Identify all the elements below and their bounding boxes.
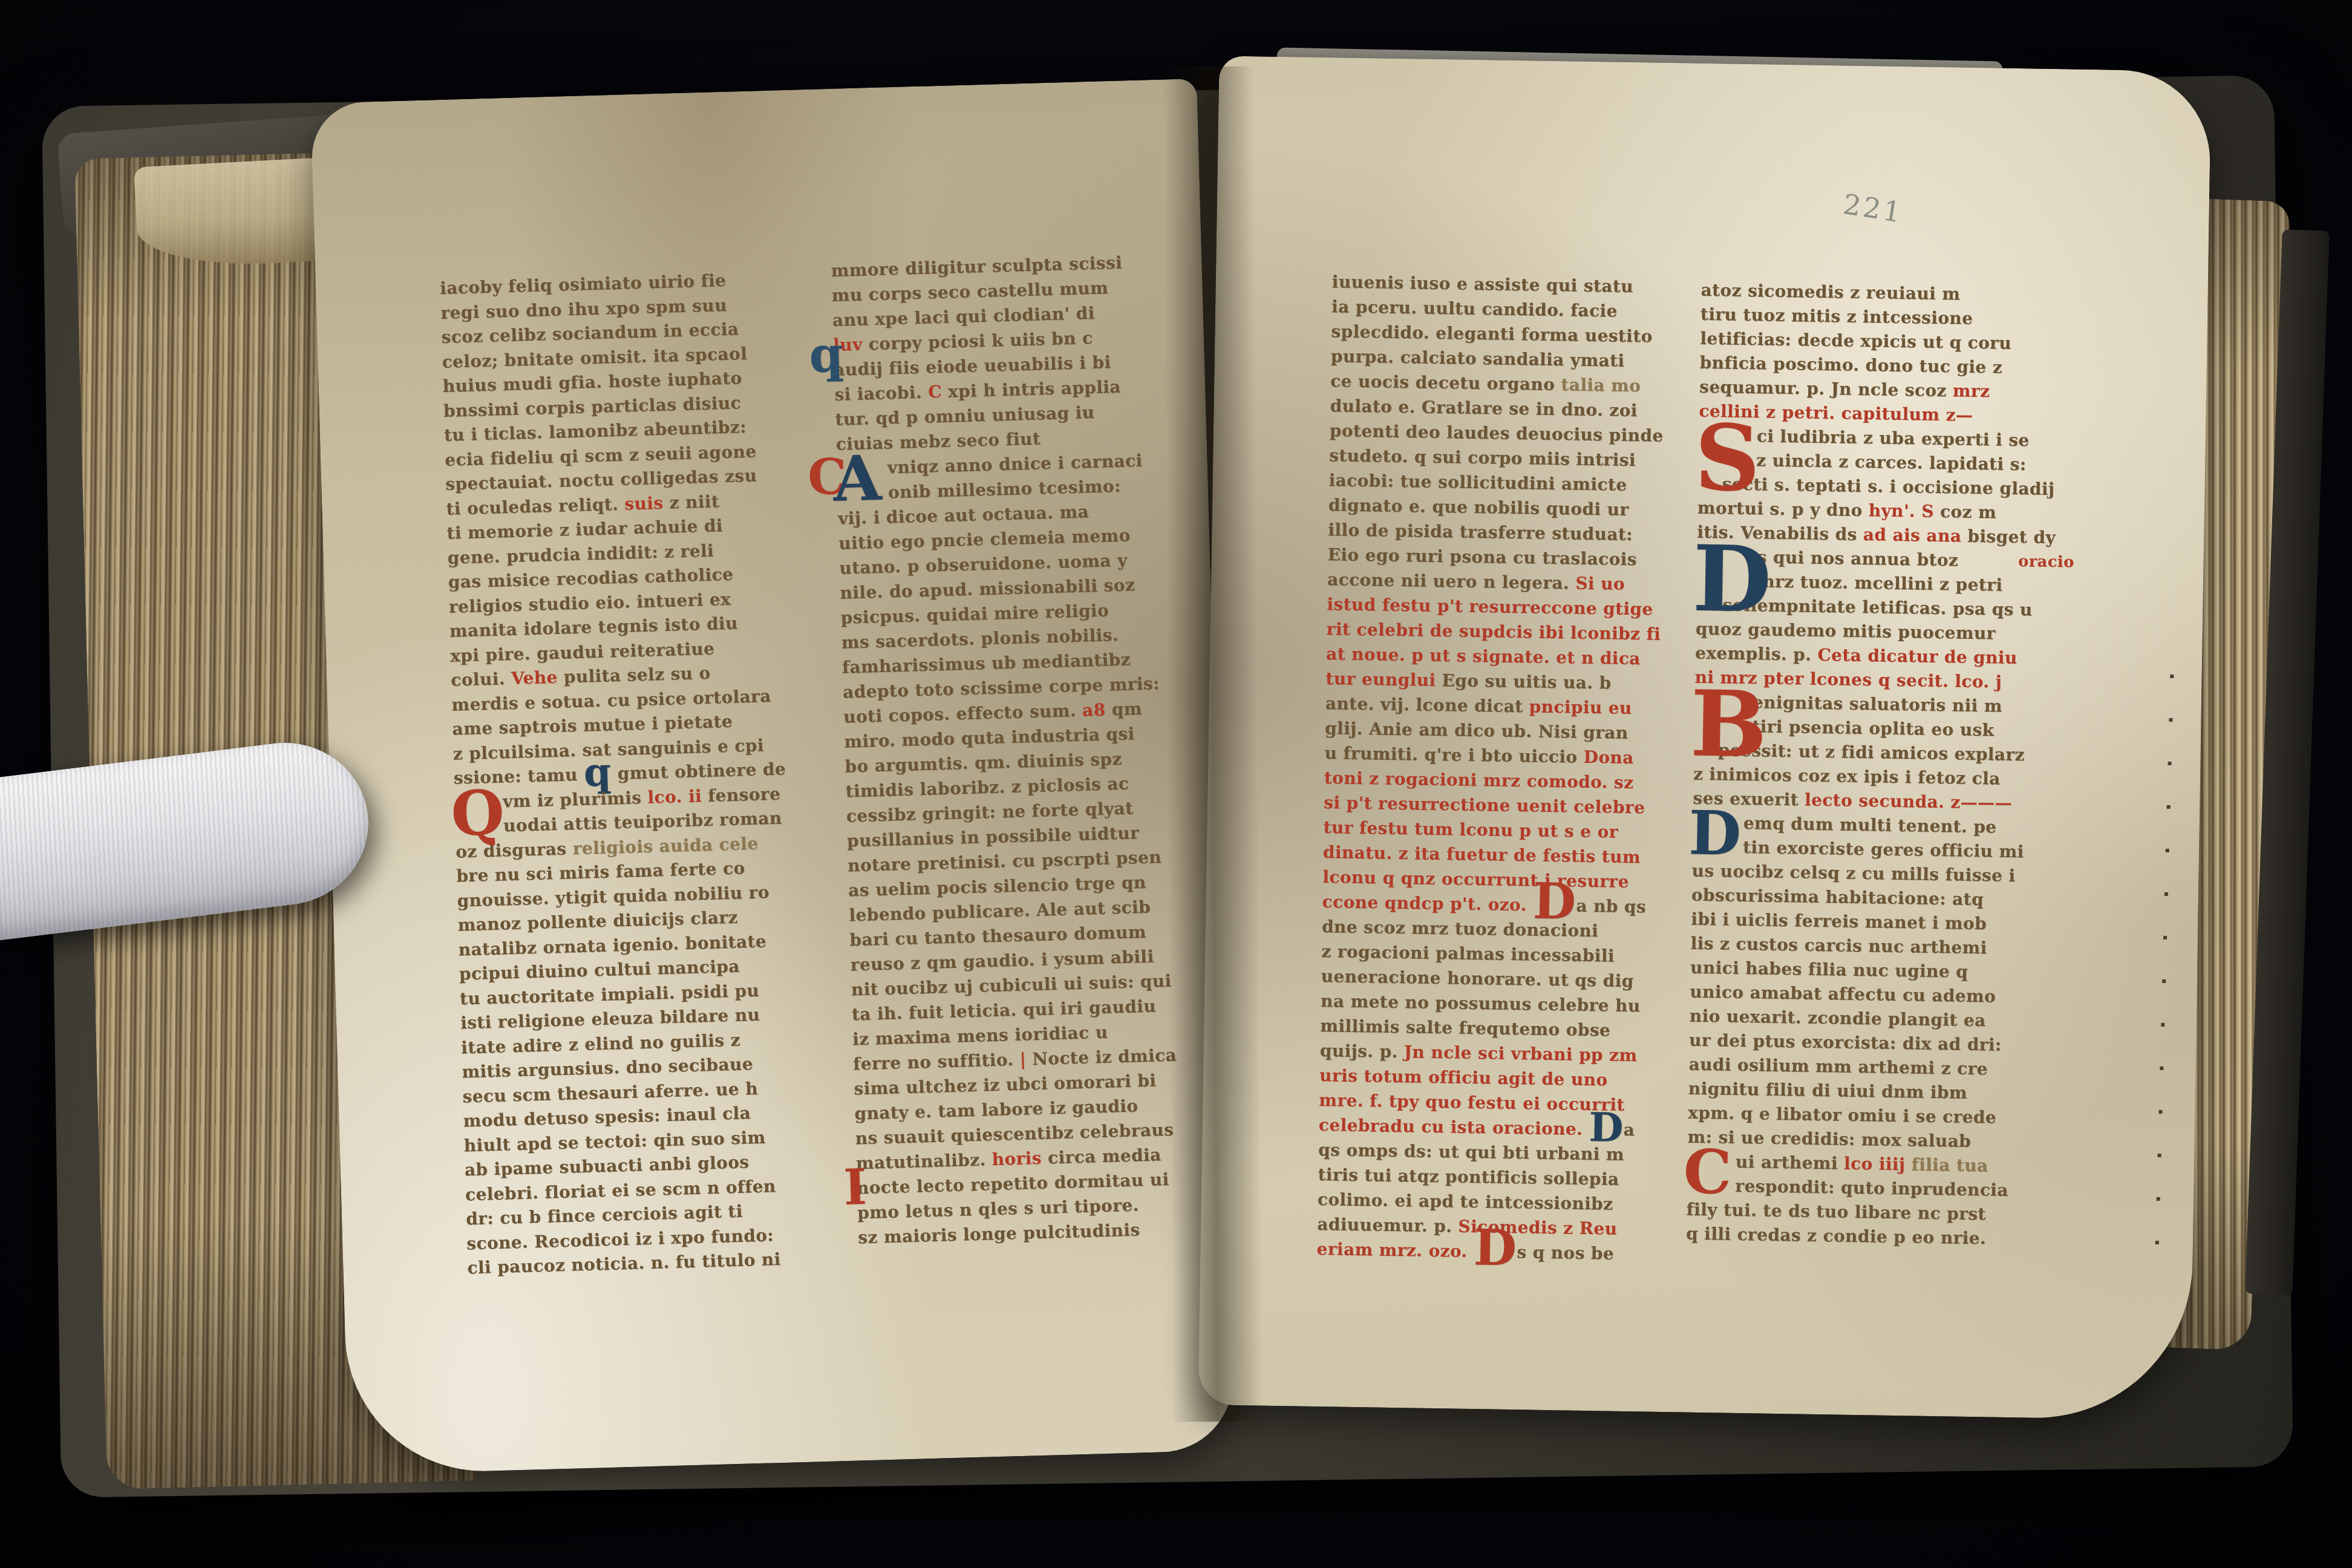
text-segment: filia tua — [1905, 1154, 1988, 1175]
text-segment: enignitas saluatoris nii m — [1753, 692, 2002, 716]
text-segment: dulato e. Gratlare se in dno. zoi — [1330, 396, 1638, 420]
text-segment: z niit — [663, 491, 720, 513]
text-segment: dignato e. que nobilis quodi ur — [1328, 495, 1629, 520]
text-segment: millimis salte frequtemo obse — [1320, 1016, 1610, 1040]
text-segment: Si uo — [1575, 573, 1625, 594]
text-segment: s qui nos annua btoz — [1757, 547, 1958, 570]
text-segment: qs omps ds: ut qui bti urbani m — [1318, 1140, 1624, 1165]
text-segment: tin exorciste geres officiu mi — [1743, 837, 2024, 861]
text-segment: Dona — [1583, 747, 1634, 768]
text-segment: Vehe — [511, 667, 558, 688]
text-segment: studeto. q sui corpo miis intrisi — [1329, 445, 1636, 470]
text-segment: onib millesimo tcesimo: — [887, 476, 1121, 503]
text-segment: suis — [624, 492, 664, 514]
text-segment: hyn'. S — [1869, 500, 1935, 521]
text-segment: obscurissima habitacione: atq — [1691, 885, 1984, 910]
manuscript-page-recto: iuuenis iuso e assiste qui statuia pceru… — [1198, 56, 2212, 1420]
text-segment: uoti copos. effecto sum. — [843, 701, 1083, 727]
text-segment: mrz tuoz. mcellini z petri — [1757, 571, 2003, 595]
text-segment: lis z custos carcis nuc arthemi — [1690, 933, 1987, 958]
text-segment: iuuenis iuso e assiste qui statu — [1332, 272, 1634, 296]
text-segment: horis — [991, 1148, 1042, 1169]
text-segment: atoz — [1700, 280, 1748, 301]
text-segment: ti oculedas reliqt. — [446, 494, 625, 518]
text-segment: quijs. p. — [1320, 1040, 1405, 1062]
manuscript-line: Doracios qui nos annua btoz — [1696, 544, 2066, 575]
text-segment: u frumiti. q're i bto uiccio — [1324, 743, 1584, 767]
text-segment: rit celebri de supdcis ibi lconibz fi — [1326, 619, 1661, 644]
text-segment: sicomedis z reuiaui m — [1748, 281, 1961, 304]
text-segment: religiois auida cele — [572, 833, 759, 858]
text-segment: exemplis. p. — [1695, 643, 1818, 665]
text-segment: adiuuemur. p. — [1317, 1214, 1459, 1236]
text-segment: tur festu tum lconu p ut s e or — [1323, 817, 1618, 842]
text-segment: Nocte iz dmica — [1026, 1045, 1177, 1070]
text-segment: ce uocis decetu organo — [1330, 371, 1561, 394]
text-segment: lconu q qnz occurrunt i resurre — [1322, 867, 1629, 892]
text-segment: ccone qndcp p't. ozo. — [1322, 892, 1533, 915]
text-segment: mrz — [1953, 381, 1990, 401]
text-segment: talia mo — [1561, 374, 1641, 396]
text-segment: ante. vij. lcone dicat — [1325, 693, 1529, 716]
text-segment: bnficia poscimo. dono tuc gie z — [1699, 353, 2002, 377]
text-segment: illo de pisida trasferre studuat: — [1328, 520, 1633, 544]
manuscript-line: eriam mrz. ozo. Ds q nos be — [1316, 1236, 1677, 1267]
text-segment: fensore — [701, 783, 780, 806]
drop-cap-initial: Q — [450, 787, 505, 838]
drop-cap-initial: D — [1692, 542, 1772, 618]
text-segment: eriam mrz. ozo. — [1316, 1239, 1474, 1261]
text-segment: splecdido. eleganti forma uestito — [1331, 321, 1653, 346]
text-segment: nignitu filiu di uiui dnm ibm — [1688, 1079, 1968, 1103]
book-gutter-shadow — [1163, 67, 1263, 1422]
text-segment: emq dum multi tenent. pe — [1743, 813, 1997, 837]
text-segment: corpy pciosi k uiis bn c — [862, 328, 1093, 354]
text-segment: celebradu cu ista oracione. — [1319, 1115, 1589, 1139]
text-segment: dne scoz mrz tuoz donacioni — [1322, 916, 1599, 941]
text-segment: matutinalibz. — [855, 1149, 992, 1173]
text-segment: glij. Anie am dico ub. Nisi gran — [1325, 718, 1628, 743]
text-segment: z rogacioni palmas incessabili — [1321, 941, 1615, 966]
text-column: iacoby feliq osimiato uirio fieregi suo … — [440, 266, 831, 1281]
text-segment: ferre no suffitio. — [853, 1050, 1020, 1074]
margin-note: oracio — [2018, 549, 2074, 574]
text-segment: C — [928, 382, 942, 402]
text-column: atoz sicomedis z reuiaui mtiru tuoz miti… — [1686, 278, 2070, 1252]
text-column: iuuenis iuso e assiste qui statuia pceru… — [1316, 269, 1692, 1267]
text-segment: xpm. q e libator omiu i se crede — [1688, 1103, 1996, 1128]
text-segment: a nb qs — [1576, 896, 1646, 917]
text-segment: accone nii uero n legera. — [1327, 569, 1576, 593]
drop-cap-initial: B — [1690, 687, 1768, 763]
text-segment: potenti deo laudes deuocius pinde — [1330, 420, 1664, 446]
text-segment: tiru tuoz mitis z intcessione — [1700, 304, 1973, 328]
drop-cap-initial: C — [1683, 1147, 1732, 1197]
text-segment: at noue. p ut s signate. et n dica — [1326, 644, 1641, 668]
text-segment: mre. f. tpy quo festu ei occurrit — [1319, 1090, 1625, 1115]
text-segment: lco iiij — [1844, 1154, 1906, 1175]
text-segment: secti s. teptati s. i occisione gladij — [1722, 474, 2054, 499]
text-segment: sequamur. p. Jn ncle scoz — [1699, 377, 1953, 401]
text-segment: ci ludibria z uba experti i se — [1757, 426, 2030, 450]
text-segment: ia pceru. uultu candido. facie — [1331, 296, 1618, 321]
text-segment: Ego su uitis ua. b — [1442, 670, 1612, 693]
text-segment: iacobi: tue sollicitudini amicte — [1328, 470, 1627, 495]
text-segment: unico amabat affectu cu ademo — [1690, 982, 1996, 1007]
text-segment: audi osilium mm arthemi z cre — [1688, 1054, 1988, 1079]
text-segment: pulita selz su o — [557, 663, 711, 687]
text-segment: si p't resurrectione uenit celebre — [1324, 792, 1645, 817]
text-segment: s q nos be — [1517, 1242, 1614, 1264]
text-segment: nio uexarit. zcondie plangit ea — [1690, 1006, 1986, 1031]
text-segment: Eio ego ruri psona cu traslacois — [1327, 544, 1637, 569]
text-segment: uris totum officiu agit de uno — [1319, 1065, 1608, 1089]
text-segment: gmut obtinere de — [611, 759, 786, 783]
text-segment: ibi i uiclis ferreis manet i mob — [1691, 909, 1987, 934]
marginal-initial: q — [809, 335, 844, 375]
text-segment: unici habes filia nuc ugine q — [1690, 958, 1968, 982]
text-segment: ui arthemi — [1736, 1152, 1844, 1174]
text-segment: letificias: decde xpicis ut q coru — [1700, 328, 2011, 353]
text-segment: colui. — [451, 668, 512, 690]
marginal-initial: I — [843, 1168, 867, 1207]
text-segment: tiris tui atqz pontificis sollepia — [1318, 1165, 1619, 1189]
manuscript-line: q illi credas z condie p eo nrie. — [1686, 1222, 2056, 1252]
text-segment: purpa. calciato sandalia ymati — [1331, 346, 1625, 371]
text-segment: na mete no possumus celebre hu — [1321, 991, 1641, 1016]
text-segment: qm — [1105, 699, 1142, 720]
text-segment: istud festu p't resurreccone gtige — [1327, 594, 1653, 619]
text-segment: a — [1624, 1120, 1635, 1140]
text-segment: lecto secunda. z——— — [1805, 790, 2012, 813]
text-segment: colimo. ei apd te intcessionibz — [1318, 1189, 1613, 1214]
text-segment: ur dei ptus exorcista: dix ad dri: — [1689, 1030, 2002, 1055]
text-segment: ad ais ana — [1863, 524, 1962, 546]
text-segment: tiri psencia oplita eo usk — [1752, 716, 1994, 740]
text-segment: tur eunglui — [1325, 668, 1442, 690]
text-segment: ueneracione honorare. ut qs dig — [1321, 966, 1633, 991]
manuscript-line: Benignitas saluatoris nii m — [1694, 690, 2064, 720]
text-segment: Ceta dicatur de gniu — [1817, 645, 2017, 668]
text-segment: xpi h intris applia — [941, 377, 1121, 402]
drop-cap-initial: S — [1694, 421, 1761, 497]
text-segment: lco. ii — [647, 786, 702, 807]
text-segment: Jn ncle sci vrbani pp zm — [1404, 1042, 1638, 1065]
text-segment: si iacobi. — [834, 382, 929, 405]
text-segment: dinatu. z ita fuetur de festis tum — [1323, 842, 1641, 867]
manuscript-line: Sci ludibria z uba experti i se — [1699, 423, 2068, 454]
text-segment: bisget dy — [1961, 526, 2056, 547]
text-segment: D — [1473, 1218, 1517, 1277]
text-segment: pncipiu eu — [1529, 696, 1632, 718]
text-segment: q illi credas z condie p eo nrie. — [1686, 1224, 1987, 1249]
text-segment: coz m — [1934, 501, 1997, 523]
text-segment: vm iz plurimis — [502, 787, 647, 811]
text-segment: circa media — [1041, 1145, 1161, 1168]
text-segment: a8 — [1082, 700, 1106, 720]
manuscript-page-verso: iacoby feliq osimiato uirio fieregi suo … — [311, 79, 1235, 1475]
text-segment: sz maioris longe pulcitudinis — [858, 1220, 1140, 1247]
text-segment: respondit: quto inprudencia — [1735, 1176, 2008, 1200]
drop-cap-initial: A — [832, 453, 882, 505]
drop-cap-initial: D — [1688, 808, 1742, 858]
text-segment: z uincla z carces. lapidati s: — [1756, 450, 2027, 474]
text-segment: toni z rogacioni mrz comodo. sz — [1324, 768, 1634, 792]
photograph-of-manuscript: iacoby feliq osimiato uirio fieregi suo … — [0, 0, 2352, 1568]
